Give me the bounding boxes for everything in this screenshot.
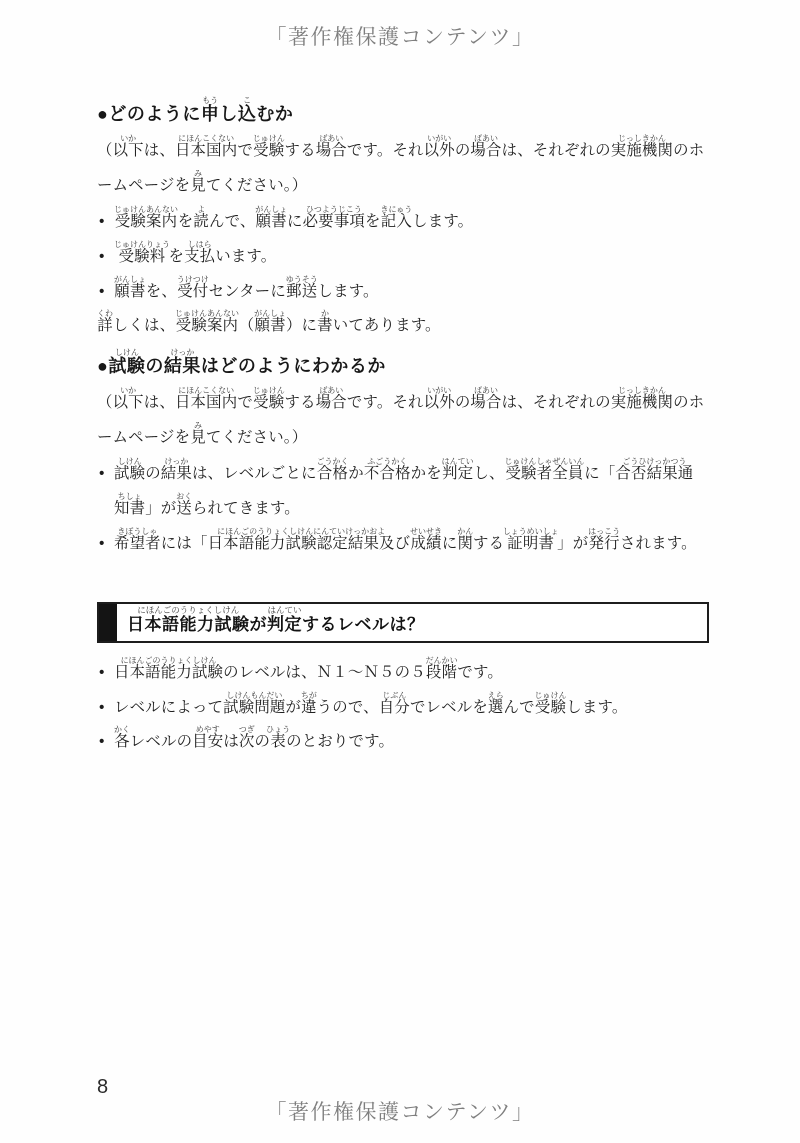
bullet-icon: • [99, 691, 104, 726]
list-item-text: 受験案内じゅけんあんないを読よんで、願書がんしょに必要事項ひつようじこうを記入き… [114, 213, 473, 230]
section-test-results: ●試験しけんの結果けっかはどのようにわかるか （以下いかは、日本国内にほんこくな… [97, 348, 709, 561]
list-item: • レベルによって試験問題しけんもんだいが違ちがうので、自分じぶんでレベルを選え… [97, 691, 709, 726]
list-item-text: 希望者きぼうしゃには「日本語能力試験認定結果及にほんごのうりょくしけんにんていけ… [114, 535, 697, 552]
list-item-text: 各かくレベルの目安めやすは次つぎの表ひょうのとおりです。 [114, 733, 394, 750]
list-item: • 各かくレベルの目安めやすは次つぎの表ひょうのとおりです。 [97, 725, 709, 760]
bullet-list-levels: • 日本語能力試験にほんごのうりょくしけんのレベルは、Ｎ１～Ｎ５の５段階だんかい… [97, 656, 709, 760]
document-page: 「著作権保護コンテンツ」 ●どのように申もうし込こむか （以下いかは、日本国内に… [0, 0, 800, 1143]
copyright-watermark-bottom: 「著作権保護コンテンツ」 [0, 1096, 800, 1126]
list-item: • 試験しけんの結果けっかは、レベルごとに合格ごうかくか不合格ふごうかくかを判定… [97, 457, 709, 526]
level-section-header-box: 日本語能力試験にほんごのうりょくしけんが判定はんていするレベルは？ [97, 602, 709, 643]
bullet-list-apply: • 受験案内じゅけんあんないを読よんで、願書がんしょに必要事項ひつようじこうを記… [97, 205, 709, 309]
list-item: • 願書がんしょを、受付うけつけセンターに郵送ゆうそうします。 [97, 275, 709, 310]
list-item-text: レベルによって試験問題しけんもんだいが違ちがうので、自分じぶんでレベルを選えらん… [114, 699, 627, 716]
bullet-icon: • [99, 275, 104, 310]
bullet-icon: • [99, 527, 104, 562]
section-how-to-apply: ●どのように申もうし込こむか （以下いかは、日本国内にほんこくないで受験じゅけん… [97, 96, 709, 344]
bullet-list-results: • 試験しけんの結果けっかは、レベルごとに合格ごうかくか不合格ふごうかくかを判定… [97, 457, 709, 561]
level-box-title: 日本語能力試験にほんごのうりょくしけんが判定はんていするレベルは？ [117, 605, 425, 640]
list-item-text: 日本語能力試験にほんごのうりょくしけんのレベルは、Ｎ１～Ｎ５の５段階だんかいです… [114, 664, 503, 681]
section-levels: 日本語能力試験にほんごのうりょくしけんが判定はんていするレベルは？ • 日本語能… [97, 602, 709, 760]
section-intro-results: （以下いかは、日本国内にほんこくないで受験じゅけんする場合ばあいです。それ以外い… [97, 386, 709, 455]
section-note-apply: 詳くわしくは、受験案内じゅけんあんない（願書がんしょ）に書かいてあります。 [97, 309, 709, 344]
list-item-text: 試験しけんの結果けっかは、レベルごとに合格ごうかくか不合格ふごうかくかを判定はん… [114, 465, 693, 517]
list-item-text: 受験料じゅけんりょうを支払しはらいます。 [114, 248, 276, 265]
copyright-watermark-top: 「著作権保護コンテンツ」 [0, 21, 800, 51]
section-intro-apply: （以下いかは、日本国内にほんこくないで受験じゅけんする場合ばあいです。それ以外い… [97, 134, 709, 203]
list-item: • 受験案内じゅけんあんないを読よんで、願書がんしょに必要事項ひつようじこうを記… [97, 205, 709, 240]
section-heading-results: ●試験しけんの結果けっかはどのようにわかるか [97, 348, 709, 384]
bullet-icon: • [99, 457, 104, 492]
section-heading-apply: ●どのように申もうし込こむか [97, 96, 709, 132]
list-item: • 受験料じゅけんりょうを支払しはらいます。 [97, 240, 709, 275]
header-accent-bar [99, 604, 117, 641]
bullet-icon: • [99, 240, 104, 275]
bullet-icon: • [99, 656, 104, 691]
bullet-icon: • [99, 205, 104, 240]
bullet-icon: • [99, 725, 104, 760]
list-item: • 日本語能力試験にほんごのうりょくしけんのレベルは、Ｎ１～Ｎ５の５段階だんかい… [97, 656, 709, 691]
list-item-text: 願書がんしょを、受付うけつけセンターに郵送ゆうそうします。 [114, 283, 379, 300]
list-item: • 希望者きぼうしゃには「日本語能力試験認定結果及にほんごのうりょくしけんにんて… [97, 527, 709, 562]
